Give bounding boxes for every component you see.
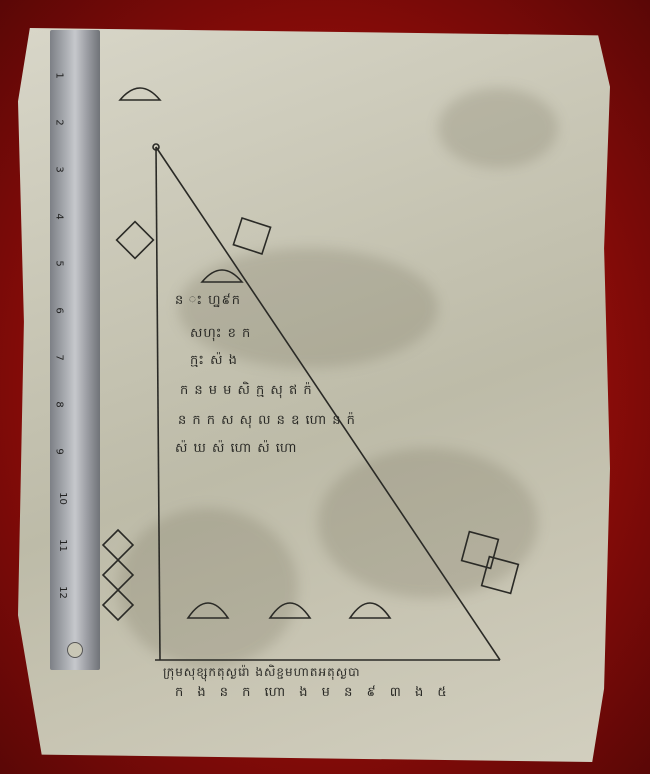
inner-line-6: ស៉ ឃ ស៉ ហោ ស៉ ហោ [175,440,297,459]
inner-line-1: ន ះ ហ្ន៩ក [175,292,241,311]
ruler-hang-hole [67,642,83,658]
inner-line-2: សហុះ ខ ក [190,325,251,344]
steel-ruler: 1 2 3 4 5 6 7 8 9 10 11 12 [50,30,100,670]
inner-line-4: ក ន ម ម សិ ក្ម សុ ឥ ក៉ [180,382,313,401]
inner-line-3: ក្មះ ស៉ ង [190,352,238,371]
inner-line-5: ន ក ក ស សុ ល ន ឧ ហោ ន ក៉ [178,412,356,431]
bottom-row-2: ក ង ន ក ហោ ង ម ន ៩ ៣ ង ៥ [175,684,448,703]
bottom-row-1: ក្រុមសុខ្សុកតុស្ងរ៉ោ ងសិខ្ជមហាតអតុស្ងបា [163,664,361,682]
